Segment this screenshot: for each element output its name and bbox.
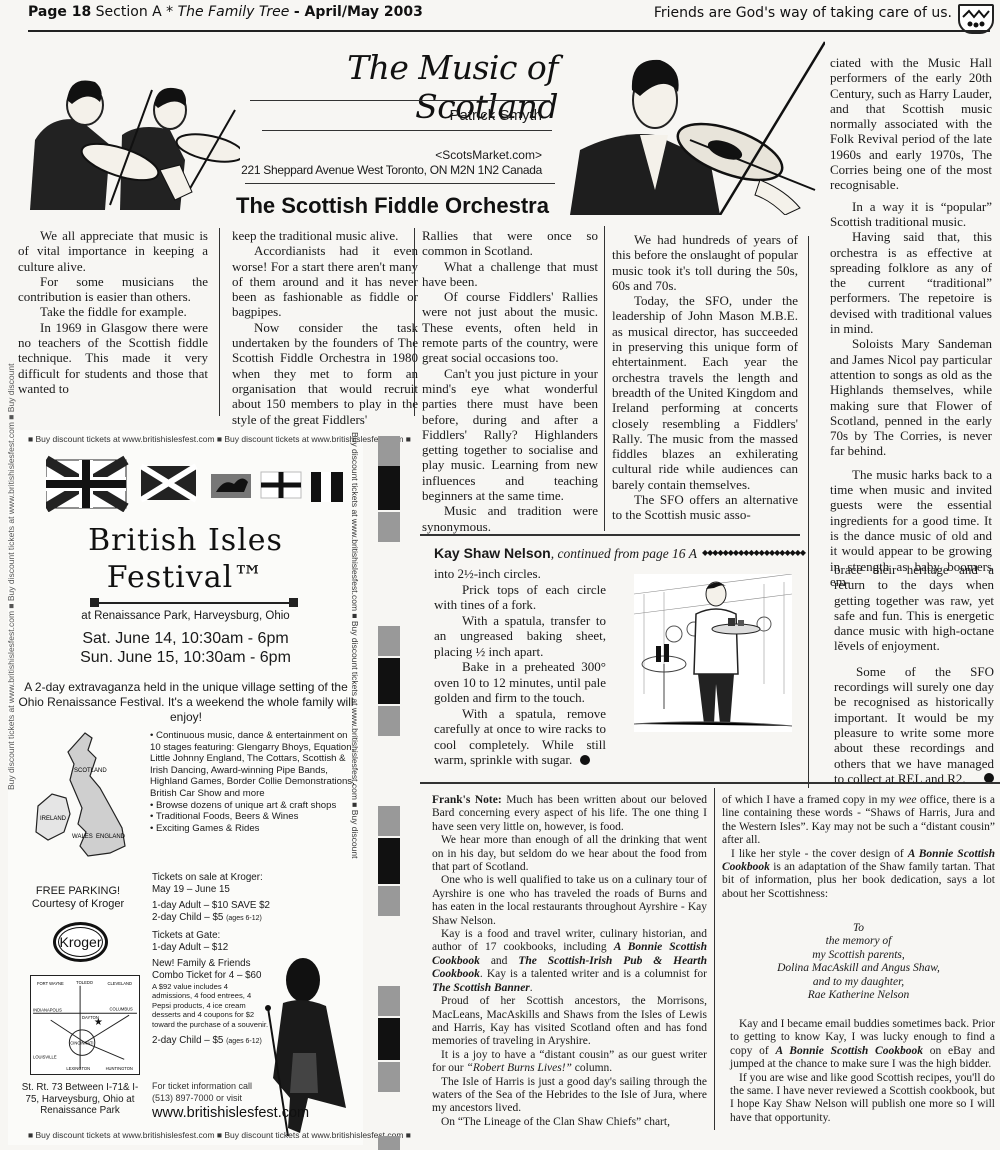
franks-note-closing: Kay and I became email buddies sometimes… — [730, 1018, 995, 1125]
svg-text:SCOTLAND: SCOTLAND — [74, 768, 107, 774]
note-paragraph: We hear more than enough of all the drin… — [432, 834, 707, 874]
tartan-ribbon-decoration — [374, 436, 404, 1150]
note-paragraph: If you are wise and like good Scottish r… — [730, 1072, 995, 1126]
article-column-5: ciated with the Music Hall performers of… — [830, 55, 992, 589]
article-column-6: brace their heritage and a return to the… — [834, 562, 994, 786]
recipe-steps: into 2½-inch circles. Prick tops of each… — [434, 566, 606, 768]
festival-date-sun: Sun. June 15, 10:30am - 6pm — [8, 649, 363, 667]
festival-website-link[interactable]: www.britishislesfest.com — [152, 1105, 309, 1121]
svg-text:TOLEDO: TOLEDO — [76, 980, 93, 985]
note-paragraph: The Isle of Harris is just a good day's … — [432, 1076, 707, 1116]
note-paragraph: I like her style - the cover design of A… — [722, 848, 995, 902]
list-item: Browse dozens of unique art & craft shop… — [150, 800, 360, 812]
recipe-step: into 2½-inch circles. — [434, 566, 606, 582]
masthead-rule — [262, 130, 552, 131]
list-item: Traditional Foods, Beers & Wines — [150, 811, 360, 823]
svg-text:DAYTON: DAYTON — [82, 1015, 99, 1020]
festival-title-line-1: British Isles — [8, 523, 363, 558]
festival-highlights-list: Continuous music, dance & entertainment … — [150, 730, 360, 834]
article-headline: The Scottish Fiddle Orchestra — [236, 193, 549, 219]
author-website[interactable]: <ScotsMarket.com> — [300, 148, 542, 162]
flags-illustration — [46, 452, 346, 512]
masthead-rule — [245, 183, 555, 184]
directions-map-icon: ★ FORT WAYNE TOLEDO CLEVELAND INDIANAPOL… — [30, 975, 140, 1075]
svg-text:CINCINNATI: CINCINNATI — [70, 1041, 93, 1046]
violinist-illustration — [560, 40, 825, 215]
note-label: Frank's Note: — [432, 794, 502, 806]
svg-text:INDIANAPOLIS: INDIANAPOLIS — [33, 1007, 62, 1012]
festival-date-sat: Sat. June 14, 10:30am - 6pm — [8, 630, 363, 648]
svg-text:CLEVELAND: CLEVELAND — [108, 981, 132, 986]
masthead-rule — [250, 100, 550, 101]
ad-ticket-strip-left[interactable]: Buy discount tickets at www.britishisles… — [6, 90, 16, 790]
article-column-3: Rallies that were once so common in Scot… — [422, 228, 598, 534]
british-isles-festival-ad[interactable]: ■ Buy discount tickets at www.britishisl… — [8, 430, 363, 1145]
diamond-ornament-icon: ◆◆◆◆◆◆◆◆◆◆◆◆◆◆◆◆◆◆◆◆ — [702, 548, 805, 557]
article-paragraph: ciated with the Music Hall performers of… — [830, 55, 992, 193]
welsh-dragon-icon — [211, 474, 251, 498]
svg-text:IRELAND: IRELAND — [40, 816, 67, 822]
waiter-illustration — [634, 574, 792, 732]
note-paragraph: One who is well qualified to take us on … — [432, 874, 707, 928]
franks-note-column-1: Frank's Note: Much has been written abou… — [432, 794, 707, 1129]
note-paragraph: On “The Lineage of the Clan Shaw Chiefs”… — [432, 1116, 707, 1129]
franks-note-column-2: of which I have a framed copy in my wee … — [722, 794, 995, 901]
recipe-step: Bake in a preheated 300° oven 10 to 12 m… — [434, 659, 606, 706]
free-parking-notice: FREE PARKING! Courtesy of Kroger — [28, 885, 128, 911]
article-paragraph: brace their heritage and a return to the… — [834, 562, 994, 654]
article-paragraph: Accordianists had it even worse! For a s… — [232, 243, 418, 319]
title-ornament-rule — [94, 602, 294, 604]
note-paragraph: Kay is a food and travel writer, culinar… — [432, 928, 707, 995]
festival-blurb: A 2-day extravaganza held in the unique … — [16, 680, 356, 725]
article-paragraph: keep the traditional music alive. — [232, 228, 418, 243]
kroger-logo: Kroger — [53, 922, 108, 962]
column-divider — [219, 228, 220, 416]
violinists-illustration — [10, 60, 240, 210]
article-paragraph: Of course Fiddlers' Rallies were not jus… — [422, 289, 598, 365]
author-name: Patrick Smyth — [300, 107, 542, 124]
festival-directions: St. Rt. 73 Between I-71& I-75, Harveysbu… — [20, 1082, 140, 1117]
section-divider — [420, 782, 1000, 784]
article-paragraph: What a challenge that must have been. — [422, 259, 598, 290]
article-column-2: keep the traditional music alive. Accord… — [232, 228, 418, 427]
article-paragraph: Can't you just picture in your mind's ey… — [422, 366, 598, 504]
column-divider — [604, 226, 605, 531]
article-paragraph: Having said that, this orchestra is as e… — [830, 229, 992, 336]
ad-ticket-strip-bottom[interactable]: ■ Buy discount tickets at www.britishisl… — [28, 1130, 411, 1140]
continued-note: , continued from page 16 A — [551, 546, 697, 561]
svg-text:HUNTINGTON: HUNTINGTON — [106, 1066, 133, 1071]
svg-text:COLUMBUS: COLUMBUS — [110, 1006, 134, 1011]
section-divider — [420, 534, 800, 536]
list-item: Continuous music, dance & entertainment … — [150, 730, 360, 800]
author-address: 221 Sheppard Avenue West Toronto, ON M2N… — [240, 163, 542, 177]
article-paragraph: Now consider the task undertaken by the … — [232, 320, 418, 427]
note-paragraph: Kay and I became email buddies sometimes… — [730, 1018, 995, 1072]
article-paragraph: Soloists Mary Sandeman and James Nicol p… — [830, 336, 992, 458]
festival-title-line-2: Festival™ — [8, 560, 363, 595]
newspaper-title: The Scottish Banner — [432, 982, 530, 994]
column-divider — [808, 236, 809, 788]
section-label: Section A * — [96, 4, 174, 20]
page-header: Page 18 Section A * The Family Tree - Ap… — [28, 4, 423, 20]
publication-name: The Family Tree — [178, 4, 290, 20]
kroger-ticket-info: Tickets on sale at Kroger: May 19 – June… — [152, 872, 270, 925]
recipe-step: With a spatula, remove carefully at once… — [434, 706, 606, 768]
saltire-icon — [141, 466, 196, 500]
column-title: “Robert Burns Lives!” — [467, 1062, 572, 1074]
issue-date: - April/May 2003 — [294, 4, 423, 20]
article-paragraph: In a way it is “popular” Scottish tradit… — [830, 199, 992, 230]
british-isles-map-icon: SCOTLAND IRELAND WALES ENGLAND — [30, 728, 140, 878]
article-paragraph: Some of the SFO recordings will surely o… — [834, 664, 994, 786]
note-paragraph: of which I have a framed copy in my wee … — [722, 794, 995, 848]
article-column-4: We had hundreds of years of this before … — [612, 232, 798, 523]
note-paragraph: Frank's Note: Much has been written abou… — [432, 794, 707, 834]
festival-venue: at Renaissance Park, Harveysburg, Ohio — [8, 610, 363, 622]
article-paragraph: For some musicians the contribution is e… — [18, 274, 208, 305]
st-george-cross-icon — [261, 472, 301, 498]
article-paragraph: Music and tradition were synonymous. — [422, 503, 598, 534]
svg-text:WALES: WALES — [72, 834, 93, 840]
end-mark-icon — [580, 755, 590, 765]
irish-tricolour-icon — [311, 472, 343, 502]
svg-text:FORT WAYNE: FORT WAYNE — [37, 981, 64, 986]
book-dedication: To the memory of my Scottish parents, Do… — [722, 922, 995, 1002]
page-tagline: Friends are God's way of taking care of … — [654, 5, 952, 21]
article-column-1: We all appreciate that music is of vital… — [18, 228, 208, 396]
union-jack-icon — [46, 460, 126, 508]
svg-text:ENGLAND: ENGLAND — [96, 834, 126, 840]
article-paragraph: We had hundreds of years of this before … — [612, 232, 798, 293]
header-divider — [28, 30, 990, 32]
book-title: A Bonnie Scottish Cookbook — [775, 1045, 922, 1057]
note-paragraph: Proud of her Scottish ancestors, the Mor… — [432, 995, 707, 1049]
column-divider — [714, 788, 715, 1130]
article-paragraph: Rallies that were once so common in Scot… — [422, 228, 598, 259]
recipe-byline: Kay Shaw Nelson, continued from page 16 … — [434, 545, 697, 562]
note-paragraph: It is a joy to have a “distant cousin” a… — [432, 1049, 707, 1076]
svg-text:LEXINGTON: LEXINGTON — [66, 1066, 90, 1071]
article-paragraph: The SFO offers an alternative to the Sco… — [612, 492, 798, 523]
article-paragraph: We all appreciate that music is of vital… — [18, 228, 208, 274]
svg-text:LOUISVILLE: LOUISVILLE — [33, 1054, 57, 1059]
page-number: Page 18 — [28, 4, 91, 20]
article-paragraph: In 1969 in Glasgow there were no teacher… — [18, 320, 208, 396]
article-paragraph: Today, the SFO, under the leadership of … — [612, 293, 798, 492]
list-item: Exciting Games & Rides — [150, 823, 360, 835]
recipe-author: Kay Shaw Nelson — [434, 545, 551, 561]
recipe-step: Prick tops of each circle with tines of … — [434, 582, 606, 613]
column-divider — [414, 228, 415, 416]
recipe-step: With a spatula, transfer to an ungreased… — [434, 613, 606, 660]
ticket-phone-info: For ticket information call (513) 897-70… — [152, 1080, 252, 1104]
article-paragraph: Take the fiddle for example. — [18, 304, 208, 319]
